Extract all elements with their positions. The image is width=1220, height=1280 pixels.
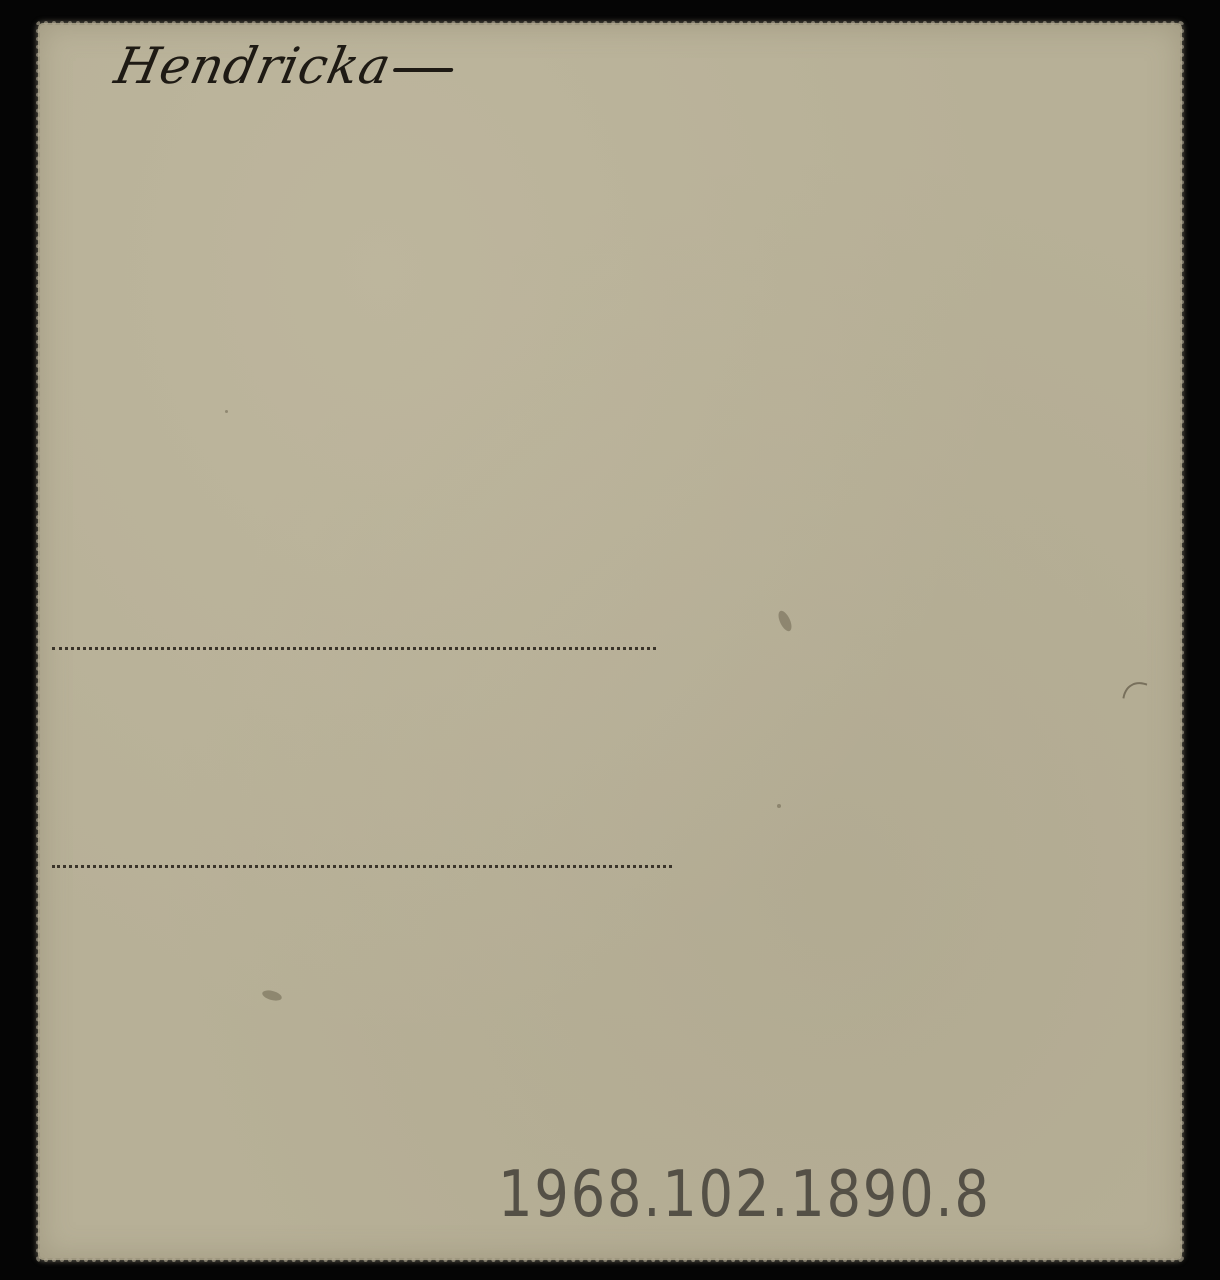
paper-stain bbox=[776, 609, 794, 633]
paper-fiber bbox=[1112, 673, 1182, 750]
handwritten-signature: Hendricka bbox=[110, 37, 461, 95]
signature-flourish bbox=[393, 68, 454, 72]
signature-text: Hendricka bbox=[110, 37, 397, 95]
accession-number: 1968.102.1890.8 bbox=[498, 1158, 991, 1232]
paper-stain bbox=[261, 989, 283, 1003]
scan-background: Hendricka 1968.102.1890.8 bbox=[0, 0, 1220, 1280]
dotted-line-2 bbox=[52, 865, 672, 868]
paper-speck bbox=[225, 410, 228, 413]
paper-speck bbox=[777, 804, 781, 808]
paper-card: Hendricka 1968.102.1890.8 bbox=[40, 25, 1180, 1258]
dotted-line-1 bbox=[52, 647, 656, 650]
